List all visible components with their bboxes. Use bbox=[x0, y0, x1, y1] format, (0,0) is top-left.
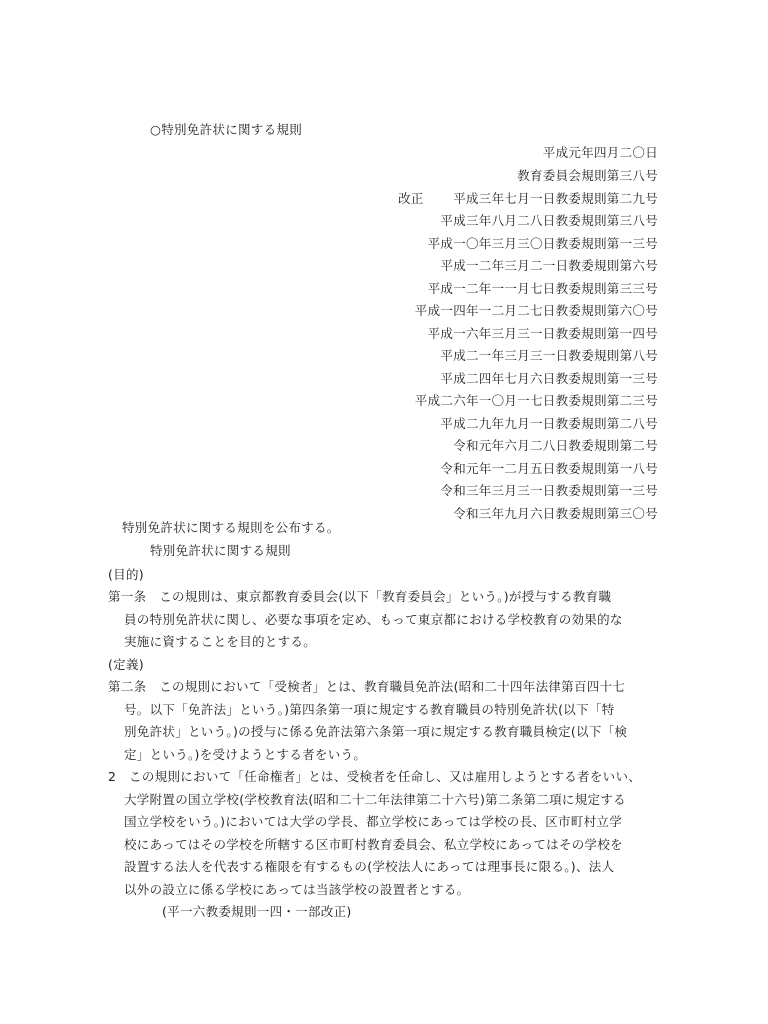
amendment-entry: 令和元年六月二八日教委規則第二号 bbox=[453, 438, 658, 454]
article-2-paragraph-2-line: 2 この規則において「任命権者」とは、受検者を任命し、又は雇用しようとする者をい… bbox=[108, 769, 641, 785]
article-2-paragraph-2-line: 大学附置の国立学校(学校教育法(昭和二十二年法律第二十六号)第二条第二項に規定す… bbox=[124, 792, 626, 808]
amendment-entry: 平成三年八月二八日教委規則第三八号 bbox=[440, 213, 658, 229]
amendment-entry: 平成一四年一二月二七日教委規則第六〇号 bbox=[415, 303, 658, 319]
article-2-paragraph-2-line: 設置する法人を代表する権限を有するもの(学校法人にあっては理事長に限る。)、法人 bbox=[124, 859, 614, 875]
amendment-entry: 平成一六年三月三一日教委規則第一四号 bbox=[428, 326, 658, 342]
article-2-paragraph-2-line: 以外の設立に係る学校にあっては当該学校の設置者とする。 bbox=[124, 882, 469, 898]
amendment-entry: 令和三年三月三一日教委規則第一三号 bbox=[440, 483, 658, 499]
amendment-entry: 平成一〇年三月三〇日教委規則第一三号 bbox=[428, 236, 658, 252]
article-2-line: 定」という。)を受けようとする者をいう。 bbox=[124, 747, 366, 763]
section-heading-definitions: (定義) bbox=[108, 657, 144, 673]
enactment-date: 平成元年四月二〇日 bbox=[543, 145, 658, 161]
amendment-entry: 平成二九年九月一日教委規則第二八号 bbox=[440, 416, 658, 432]
amendment-entry: 令和三年九月六日教委規則第三〇号 bbox=[453, 506, 658, 522]
article-1-line: 員の特別免許状に関し、必要な事項を定め、もって東京都における学校教育の効果的な bbox=[124, 612, 623, 628]
amendment-note: (平一六教委規則一四・一部改正) bbox=[162, 904, 352, 920]
rule-subtitle: 特別免許状に関する規則 bbox=[150, 543, 291, 559]
amendment-entry: 平成二一年三月三一日教委規則第八号 bbox=[440, 348, 658, 364]
article-2-paragraph-2-line: 国立学校をいう。)においては大学の学長、都立学校にあっては学校の長、区市町村立学 bbox=[124, 814, 622, 830]
article-1-line: 実施に資することを目的とする。 bbox=[124, 634, 316, 650]
article-2-paragraph-2-line: 校にあってはその学校を所轄する区市町村教育委員会、私立学校にあってはその学校を bbox=[124, 837, 623, 853]
article-2-line: 別免許状」という。)の授与に係る免許法第六条第一項に規定する教育職員検定(以下「… bbox=[124, 724, 627, 740]
section-heading-purpose: (目的) bbox=[108, 567, 144, 583]
amendment-entry: 令和元年一二月五日教委規則第一八号 bbox=[440, 461, 658, 477]
document-title: ○特別免許状に関する規則 bbox=[150, 122, 302, 138]
amendment-entry: 平成二四年七月六日教委規則第一三号 bbox=[440, 371, 658, 387]
article-2-line: 号。以下「免許法」という。)第四条第一項に規定する教育職員の特別免許状(以下「特 bbox=[124, 702, 615, 718]
amendment-entry: 平成一二年一一月七日教委規則第三三号 bbox=[428, 281, 658, 297]
article-2-line: 第二条 この規則において「受検者」とは、教育職員免許法(昭和二十四年法律第百四十… bbox=[108, 679, 625, 695]
amendment-entry: 平成三年七月一日教委規則第二九号 bbox=[453, 191, 658, 207]
document-page: ○特別免許状に関する規則 平成元年四月二〇日 教育委員会規則第三八号 改正 平成… bbox=[0, 0, 768, 1024]
article-1-line: 第一条 この規則は、東京都教育委員会(以下「教育委員会」という。)が授与する教育… bbox=[108, 589, 611, 605]
amendment-entry: 平成一二年三月二一日教委規則第六号 bbox=[440, 258, 658, 274]
promulgation-statement: 特別免許状に関する規則を公布する。 bbox=[122, 520, 340, 536]
amendment-entry: 平成二六年一〇月一七日教委規則第二三号 bbox=[415, 393, 658, 409]
amendments-label: 改正 bbox=[398, 191, 424, 207]
enactment-rule-number: 教育委員会規則第三八号 bbox=[517, 168, 658, 184]
